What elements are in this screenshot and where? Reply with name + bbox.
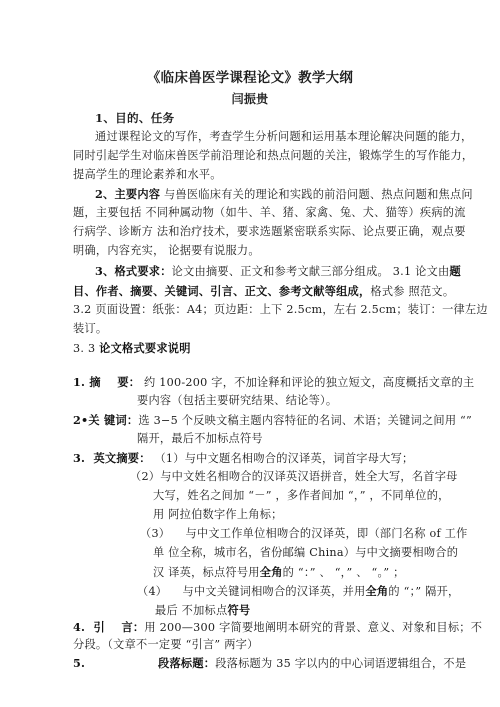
sub-3-line-3-tail: 的 “：” 、 “，” 、 “。” ；: [283, 566, 405, 579]
sub-4-line-2-bold: 符号: [227, 603, 250, 617]
item-english-abstract-sub-3-line-2: 单 位全称，城市名，省份邮编 China）与中文摘要相吻合的: [153, 546, 458, 560]
sub-4-line-1-text: （4） 与中文关键词相吻合的汉译英，并用: [137, 585, 365, 598]
item-english-abstract-sub-2-line-1: （2）与中文姓名相吻合的汉译英汉语拼音，姓全大写，名首字母: [130, 470, 458, 484]
sub-3-line-3-text: 汉 译英，标点符号用: [153, 566, 260, 579]
section-3-line-2: 目、作者、摘要、关键词、引言、正文、参考文献等组成，格式参 照范文。: [73, 284, 454, 299]
section-3-3-heading: 论文格式要求说明: [99, 341, 191, 355]
sub-4-line-1-bold: 全角: [365, 584, 388, 598]
item-abstract-line-2: 要内容（包括主要研究结果、结论等）。: [137, 394, 337, 408]
section-3-heading: 3、格式要求：: [95, 264, 172, 278]
item-english-abstract-sub-3-line-3: 汉 译英，标点符号用全角的 “：” 、 “，” 、 “。” ；: [153, 565, 405, 580]
item-para-title-text-1: 段落标题为 35 字以内的中心词语逻辑组合，不是: [215, 657, 466, 670]
section-2-line-4: 明确，内容充实， 论据要有说服力。: [73, 244, 260, 258]
section-3-line-1-text: 论文由摘要、正文和参考文献三部分组成。 3.1 论文由: [172, 265, 450, 278]
item-english-abstract-sub-3-line-1: （3） 与中文工作单位相吻合的汉译英，即（部门名称 of 工作: [140, 527, 468, 541]
section-1-heading: 1、目的、任务: [95, 111, 174, 125]
item-english-abstract-sub-4-line-2: 最后 不加标点符号: [155, 603, 250, 618]
item-english-abstract-sub-1: （1）与中文题名相吻合的汉译英，词首字母大写；: [151, 452, 414, 465]
item-para-title-line-1: 段落标题：段落标题为 35 字以内的中心词语逻辑组合，不是: [158, 656, 466, 671]
section-2-heading: 2、主要内容: [95, 187, 160, 201]
section-2-line-1: 2、主要内容 与兽医临床有关的理论和实践的前沿问题、热点问题和焦点问: [95, 187, 473, 202]
item-english-abstract-sub-2-line-3: 用 阿拉伯数字作上角标；: [153, 508, 283, 522]
item-intro-label: 4. 引 言：: [73, 620, 144, 634]
item-english-abstract-sub-2-line-2: 大写，姓名之间加 “－” ，多作者间加 “，” ，不同单位的，: [153, 489, 450, 503]
sub-4-line-1-tail: 的 “；” 隔开，: [388, 585, 459, 598]
section-2-line-2: 题，主要包括 不同种属动物（如牛、羊、猪、家禽、兔、犬、猫等）疾病的流: [73, 206, 466, 220]
item-para-title-number: 5.: [73, 656, 85, 670]
item-english-abstract-sub-4-line-1: （4） 与中文关键词相吻合的汉译英，并用全角的 “；” 隔开，: [137, 584, 460, 599]
section-3-line-2-text: 格式参 照范文。: [370, 285, 454, 298]
item-intro-line-2: 分段。（文章不一定要 “引言” 两字）: [73, 638, 259, 652]
item-abstract-text-1: 约 100-200 字，不加诠释和评论的独立短文，高度概括文章的主: [140, 376, 474, 389]
section-3-line-4: 装订。: [73, 322, 107, 336]
section-1-line-1: 通过课程论文的写作，考查学生分析问题和运用基本理论解决问题的能力，: [95, 130, 472, 144]
document-title: 《临床兽医学课程论文》教学大纲: [0, 71, 500, 85]
section-3-line-3: 3.2 页面设置：纸张：A4；页边距：上下 2.5cm，左右 2.5cm；装订：…: [73, 303, 488, 317]
section-3-line-1-bold: 题: [449, 264, 460, 278]
item-para-title-label: 段落标题：: [158, 656, 215, 670]
document-page: 《临床兽医学课程论文》教学大纲 闫振贵 1、目的、任务 通过课程论文的写作，考查…: [0, 0, 500, 707]
item-keywords-text-1: 选 3−5 个反映文稿主题内容特征的名词、术语；关键词之间用 “”: [138, 414, 472, 427]
section-3-line-1: 3、格式要求：论文由摘要、正文和参考文献三部分组成。 3.1 论文由题: [95, 264, 461, 279]
section-3-3-heading-line: 3. 3 论文格式要求说明: [73, 341, 191, 356]
section-2-line-1-text: 与兽医临床有关的理论和实践的前沿问题、热点问题和焦点问: [160, 188, 473, 201]
item-keywords-label: 2•关 键词：: [73, 413, 138, 427]
section-3-3-number: 3. 3: [73, 342, 99, 355]
section-3-line-2-bold: 目、作者、摘要、关键词、引言、正文、参考文献等组成，: [73, 284, 370, 298]
item-abstract-label: 1. 摘 要：: [73, 375, 140, 389]
item-keywords-line-2: 隔开，最后不加标点符号: [137, 432, 263, 446]
item-english-abstract-line-1: 3. 英文摘要： （1）与中文题名相吻合的汉译英，词首字母大写；: [73, 451, 413, 466]
item-keywords-line-1: 2•关 键词：选 3−5 个反映文稿主题内容特征的名词、术语；关键词之间用 “”: [73, 413, 472, 428]
sub-3-line-3-bold: 全角: [260, 565, 283, 579]
section-2-line-3: 行病学、诊断方 法和治疗技术，要求选题紧密联系实际、论点要正确，观点要: [73, 225, 466, 239]
item-abstract-line-1: 1. 摘 要： 约 100-200 字，不加诠释和评论的独立短文，高度概括文章的…: [73, 375, 474, 390]
sub-4-line-2-text: 最后 不加标点: [155, 604, 227, 617]
section-1-line-3: 提高学生的理论素养和水平。: [73, 168, 222, 182]
section-1-line-2: 同时引起学生对临床兽医学前沿理论和热点问题的关注，锻炼学生的写作能力，: [73, 149, 473, 163]
item-intro-line-1: 4. 引 言：用 200—300 字简要地阐明本研究的背景、意义、对象和目标；不: [73, 620, 482, 635]
document-author: 闫振贵: [0, 92, 500, 106]
item-intro-text-1: 用 200—300 字简要地阐明本研究的背景、意义、对象和目标；不: [144, 621, 482, 634]
item-english-abstract-label: 3. 英文摘要：: [73, 451, 151, 465]
